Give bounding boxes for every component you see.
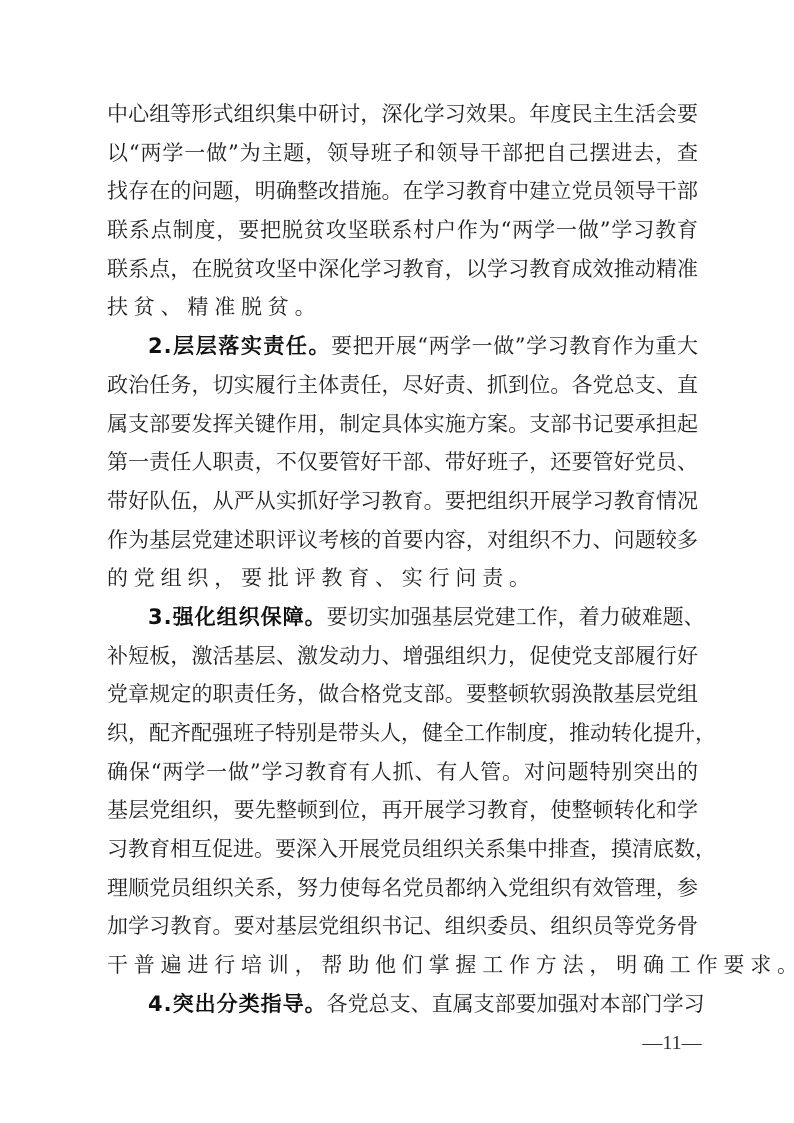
text-line: 扶贫、精准脱贫。	[107, 288, 698, 327]
text-line: 加学习教育。要对基层党组织书记、组织委员、组织员等党务骨	[107, 907, 698, 946]
text-span: 要把开展“两学一做”学习教育作为重大	[331, 334, 698, 358]
text-line: 带好队伍，从严从实抓好学习教育。要把组织开展学习教育情况	[107, 482, 698, 521]
text-line: 理顺党员组织关系，努力使每名党员都纳入党组织有效管理，参	[107, 869, 698, 908]
text-line: 中心组等形式组织集中研讨，深化学习效果。年度民主生活会要	[107, 95, 698, 134]
text-line: 织，配齐配强班子特别是带头人，健全工作制度，推动转化提升，	[107, 714, 698, 753]
text-line: 基层党组织，要先整顿到位，再开展学习教育，使整顿转化和学	[107, 791, 698, 830]
text-line: 补短板，激活基层、激发动力、增强组织力，促使党支部履行好	[107, 637, 698, 676]
text-line: 政治任务，切实履行主体责任，尽好责、抓到位。各党总支、直	[107, 366, 698, 405]
body-text: 中心组等形式组织集中研讨，深化学习效果。年度民主生活会要 以“两学一做”为主题，…	[107, 95, 698, 1024]
paragraph-first-line: 3.强化组织保障。要切实加强基层党建工作，着力破难题、	[107, 598, 698, 637]
text-line: 找存在的问题，明确整改措施。在学习教育中建立党员领导干部	[107, 172, 698, 211]
text-line: 联系点，在脱贫攻坚中深化学习教育，以学习教育成效推动精准	[107, 250, 698, 289]
paragraph-first-line: 2.层层落实责任。要把开展“两学一做”学习教育作为重大	[107, 327, 698, 366]
section-heading-2: 2.层层落实责任。	[148, 334, 331, 358]
text-line: 以“两学一做”为主题，领导班子和领导干部把自己摆进去，查	[107, 134, 698, 173]
text-line: 干普遍进行培训，帮助他们掌握工作方法，明确工作要求。	[107, 946, 698, 985]
text-line: 属支部要发挥关键作用，制定具体实施方案。支部书记要承担起	[107, 405, 698, 444]
page-number: —11—	[640, 1030, 704, 1056]
document-page: 中心组等形式组织集中研讨，深化学习效果。年度民主生活会要 以“两学一做”为主题，…	[0, 0, 794, 1123]
text-line: 作为基层党建述职评议考核的首要内容，对组织不力、问题较多	[107, 521, 698, 560]
text-line: 习教育相互促进。要深入开展党员组织关系集中排查，摸清底数，	[107, 830, 698, 869]
section-heading-3: 3.强化组织保障。	[148, 605, 327, 629]
text-line: 党章规定的职责任务，做合格党支部。要整顿软弱涣散基层党组	[107, 675, 698, 714]
text-line: 联系点制度，要把脱贫攻坚联系村户作为“两学一做”学习教育	[107, 211, 698, 250]
section-heading-4: 4.突出分类指导。	[148, 992, 327, 1016]
text-span: 要切实加强基层党建工作，着力破难题、	[327, 605, 705, 629]
text-span: 各党总支、直属支部要加强对本部门学习	[327, 992, 705, 1016]
text-line: 确保“两学一做”学习教育有人抓、有人管。对问题特别突出的	[107, 753, 698, 792]
paragraph-first-line: 4.突出分类指导。各党总支、直属支部要加强对本部门学习	[107, 985, 698, 1024]
text-line: 第一责任人职责，不仅要管好干部、带好班子，还要管好党员、	[107, 443, 698, 482]
text-line: 的党组织，要批评教育、实行问责。	[107, 559, 698, 598]
